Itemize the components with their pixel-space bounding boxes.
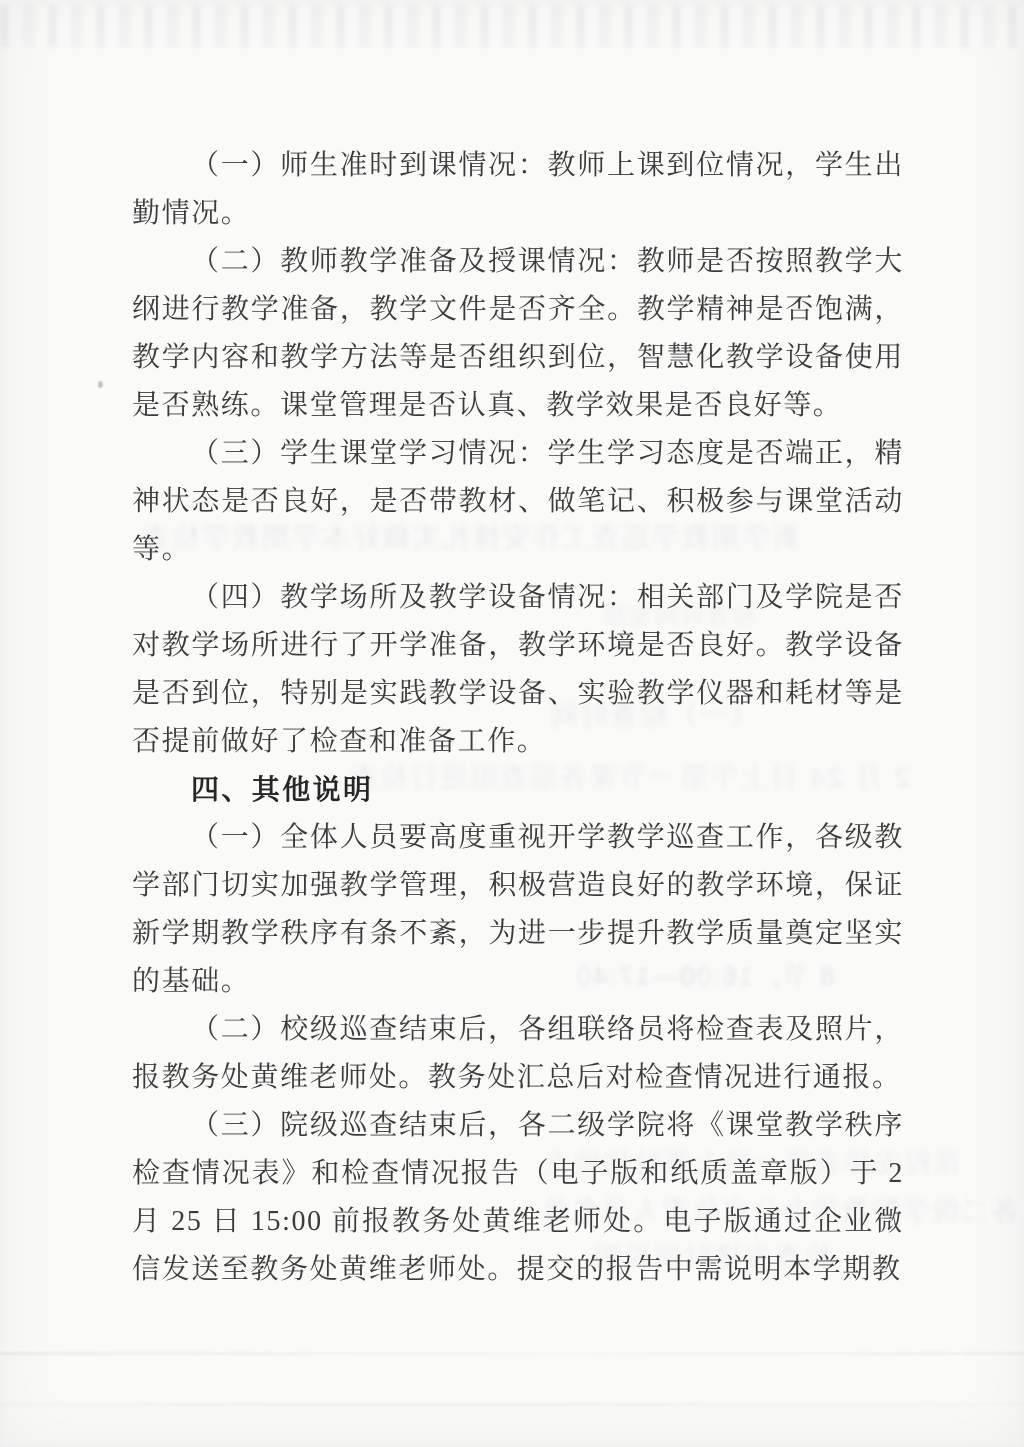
- scan-streak: [0, 1352, 1024, 1355]
- scan-speck: [98, 381, 103, 388]
- document-body: （一）师生准时到课情况：教师上课到位情况，学生出勤情况。（二）教师教学准备及授课…: [132, 142, 904, 1294]
- body-paragraph: （三）学生课堂学习情况：学生学习态度是否端正，精神状态是否良好，是否带教材、做笔…: [132, 430, 904, 574]
- body-paragraph: （四）教学场所及教学设备情况：相关部门及学院是否对教学场所进行了开学准备，教学环…: [132, 574, 904, 766]
- body-paragraph: （一）全体人员要高度重视开学教学巡查工作，各级教学部门切实加强教学管理，积极营造…: [132, 814, 904, 1006]
- body-paragraph: （二）教师教学准备及授课情况：教师是否按照教学大纲进行教学准备，教学文件是否齐全…: [132, 238, 904, 430]
- body-paragraph: （一）师生准时到课情况：教师上课到位情况，学生出勤情况。: [132, 142, 904, 238]
- body-paragraph: （二）校级巡查结束后，各组联络员将检查表及照片，报教务处黄维老师处。教务处汇总后…: [132, 1006, 904, 1102]
- scan-streak: [0, 1403, 1024, 1406]
- scan-noise-top-band: [0, 5, 1024, 47]
- scanned-document-page: 新学期教学巡查工作安排扎实做好本学期教学检查 检查时间安排 （一）检查时间 2 …: [0, 0, 1024, 1447]
- body-paragraph: （三）院级巡查结束后，各二级学院将《课堂教学秩序检查情况表》和检查情况报告（电子…: [132, 1102, 904, 1294]
- section-heading: 四、其他说明: [132, 766, 904, 814]
